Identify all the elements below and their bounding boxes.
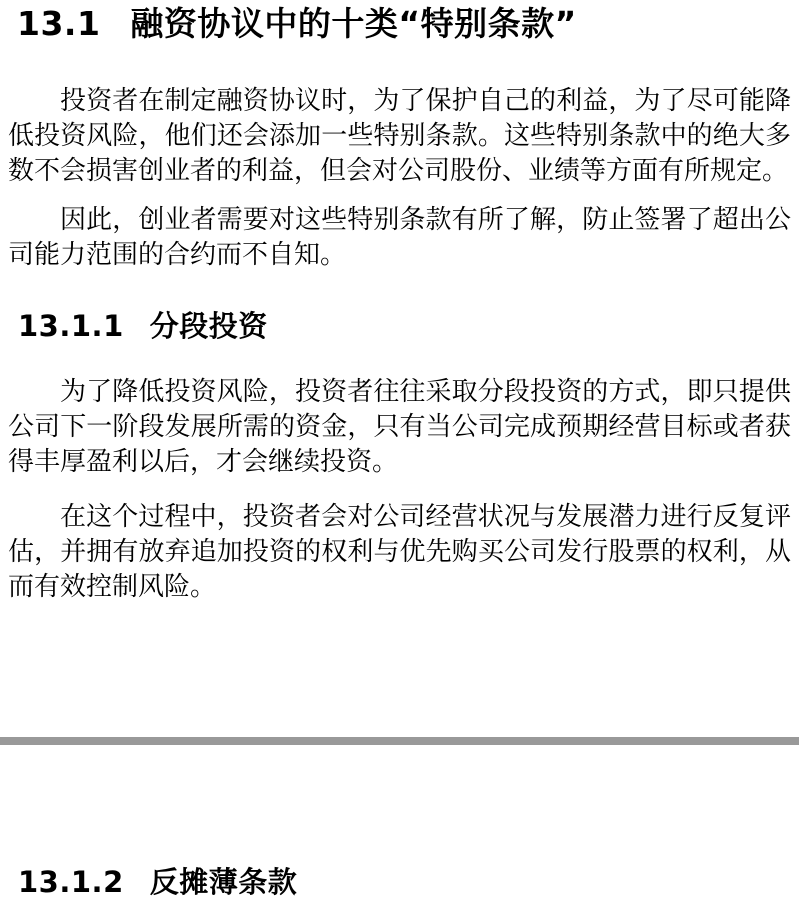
intro-paragraph-2: 因此，创业者需要对这些特别条款有所了解，防止签署了超出公司能力范围的合约而不自知… <box>8 203 791 273</box>
intro-paragraph-1: 投资者在制定融资协议时，为了保护自己的利益，为了尽可能降低投资风险，他们还会添加… <box>8 84 791 189</box>
subsection-number: 13.1.1 <box>18 309 124 343</box>
section-number: 13.1 <box>17 4 100 43</box>
subsection-heading-anti-dilution: 13.1.2反摊薄条款 <box>18 864 297 900</box>
book-page: 13.1融资协议中的十类“特别条款” 投资者在制定融资协议时，为了保护自己的利益… <box>0 0 799 908</box>
subsection-paragraph-1: 为了降低投资风险，投资者往往采取分段投资的方式，即只提供公司下一阶段发展所需的资… <box>8 375 791 480</box>
section-heading: 13.1融资协议中的十类“特别条款” <box>17 4 577 44</box>
section-title: 融资协议中的十类“特别条款” <box>130 4 576 43</box>
section-divider <box>0 737 799 745</box>
subsection-number: 13.1.2 <box>18 865 124 899</box>
subsection-paragraph-2: 在这个过程中，投资者会对公司经营状况与发展潜力进行反复评估，并拥有放弃追加投资的… <box>8 500 791 605</box>
subsection-title: 反摊薄条款 <box>150 865 298 899</box>
subsection-title: 分段投资 <box>150 309 268 343</box>
subsection-heading-staged-investment: 13.1.1分段投资 <box>18 308 268 344</box>
